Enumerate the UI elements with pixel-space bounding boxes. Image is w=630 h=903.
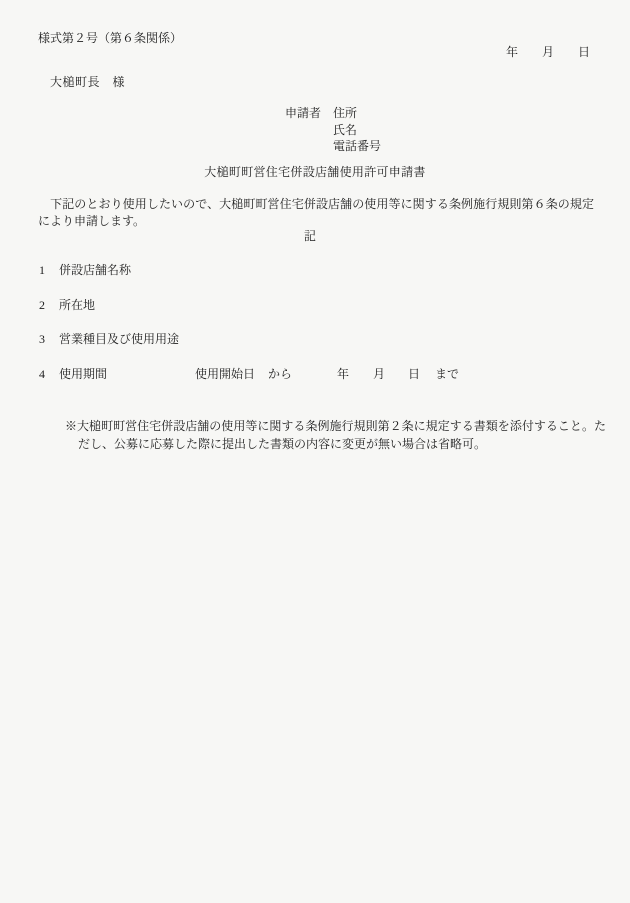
applicant-fields: 住所 氏名 電話番号	[333, 105, 381, 155]
applicant-label: 申請者	[285, 105, 321, 121]
applicant-block: 申請者 住所 氏名 電話番号	[285, 105, 381, 155]
record-marker: 記	[0, 228, 620, 244]
applicant-field-name: 氏名	[333, 122, 381, 139]
applicant-field-phone: 電話番号	[333, 138, 381, 155]
date-line: 年 月 日	[506, 44, 590, 60]
list-item-use-period: 4 使用期間 使用開始日 から 年 月 日 まで	[39, 366, 599, 382]
month-label: 月	[373, 366, 385, 382]
footnote: ※大槌町町営住宅併設店舗の使用等に関する条例施行規則第２条に規定する書類を添付す…	[65, 417, 606, 453]
document-title: 大槌町町営住宅併設店舗使用許可申請書	[0, 164, 630, 180]
date-year-label: 年	[506, 44, 518, 60]
year-label: 年	[337, 366, 349, 382]
date-day-label: 日	[578, 44, 590, 60]
day-label: 日	[408, 366, 420, 382]
footnote-text: 大槌町町営住宅併設店舗の使用等に関する条例施行規則第２条に規定する書類を添付する…	[77, 419, 606, 451]
use-start-label: 使用開始日	[195, 366, 255, 382]
item-number: 2	[39, 297, 45, 313]
item-label: 営業種目及び使用用途	[59, 332, 179, 346]
until-label: まで	[435, 366, 459, 382]
document-page: 様式第２号（第６条関係） 年 月 日 大槌町長 様 申請者 住所 氏名 電話番号…	[0, 0, 630, 903]
item-number: 3	[39, 331, 45, 347]
addressee: 大槌町長 様	[50, 74, 125, 90]
item-label: 所在地	[59, 298, 95, 312]
list-item-business-type: 3 営業種目及び使用用途	[39, 331, 179, 347]
list-item-location: 2 所在地	[39, 297, 95, 313]
from-label: から	[268, 366, 292, 382]
item-label: 使用期間	[59, 367, 107, 381]
item-number: 1	[39, 262, 45, 278]
date-month-label: 月	[542, 44, 554, 60]
body-paragraph: 下記のとおり使用したいので、大槌町町営住宅併設店舗の使用等に関する条例施行規則第…	[38, 196, 594, 229]
form-number: 様式第２号（第６条関係）	[38, 30, 182, 46]
footnote-marker: ※	[65, 419, 77, 433]
applicant-field-address: 住所	[333, 105, 381, 122]
list-item-shop-name: 1 併設店舗名称	[39, 262, 131, 278]
item-label: 併設店舗名称	[59, 263, 131, 277]
item-number: 4	[39, 366, 45, 382]
